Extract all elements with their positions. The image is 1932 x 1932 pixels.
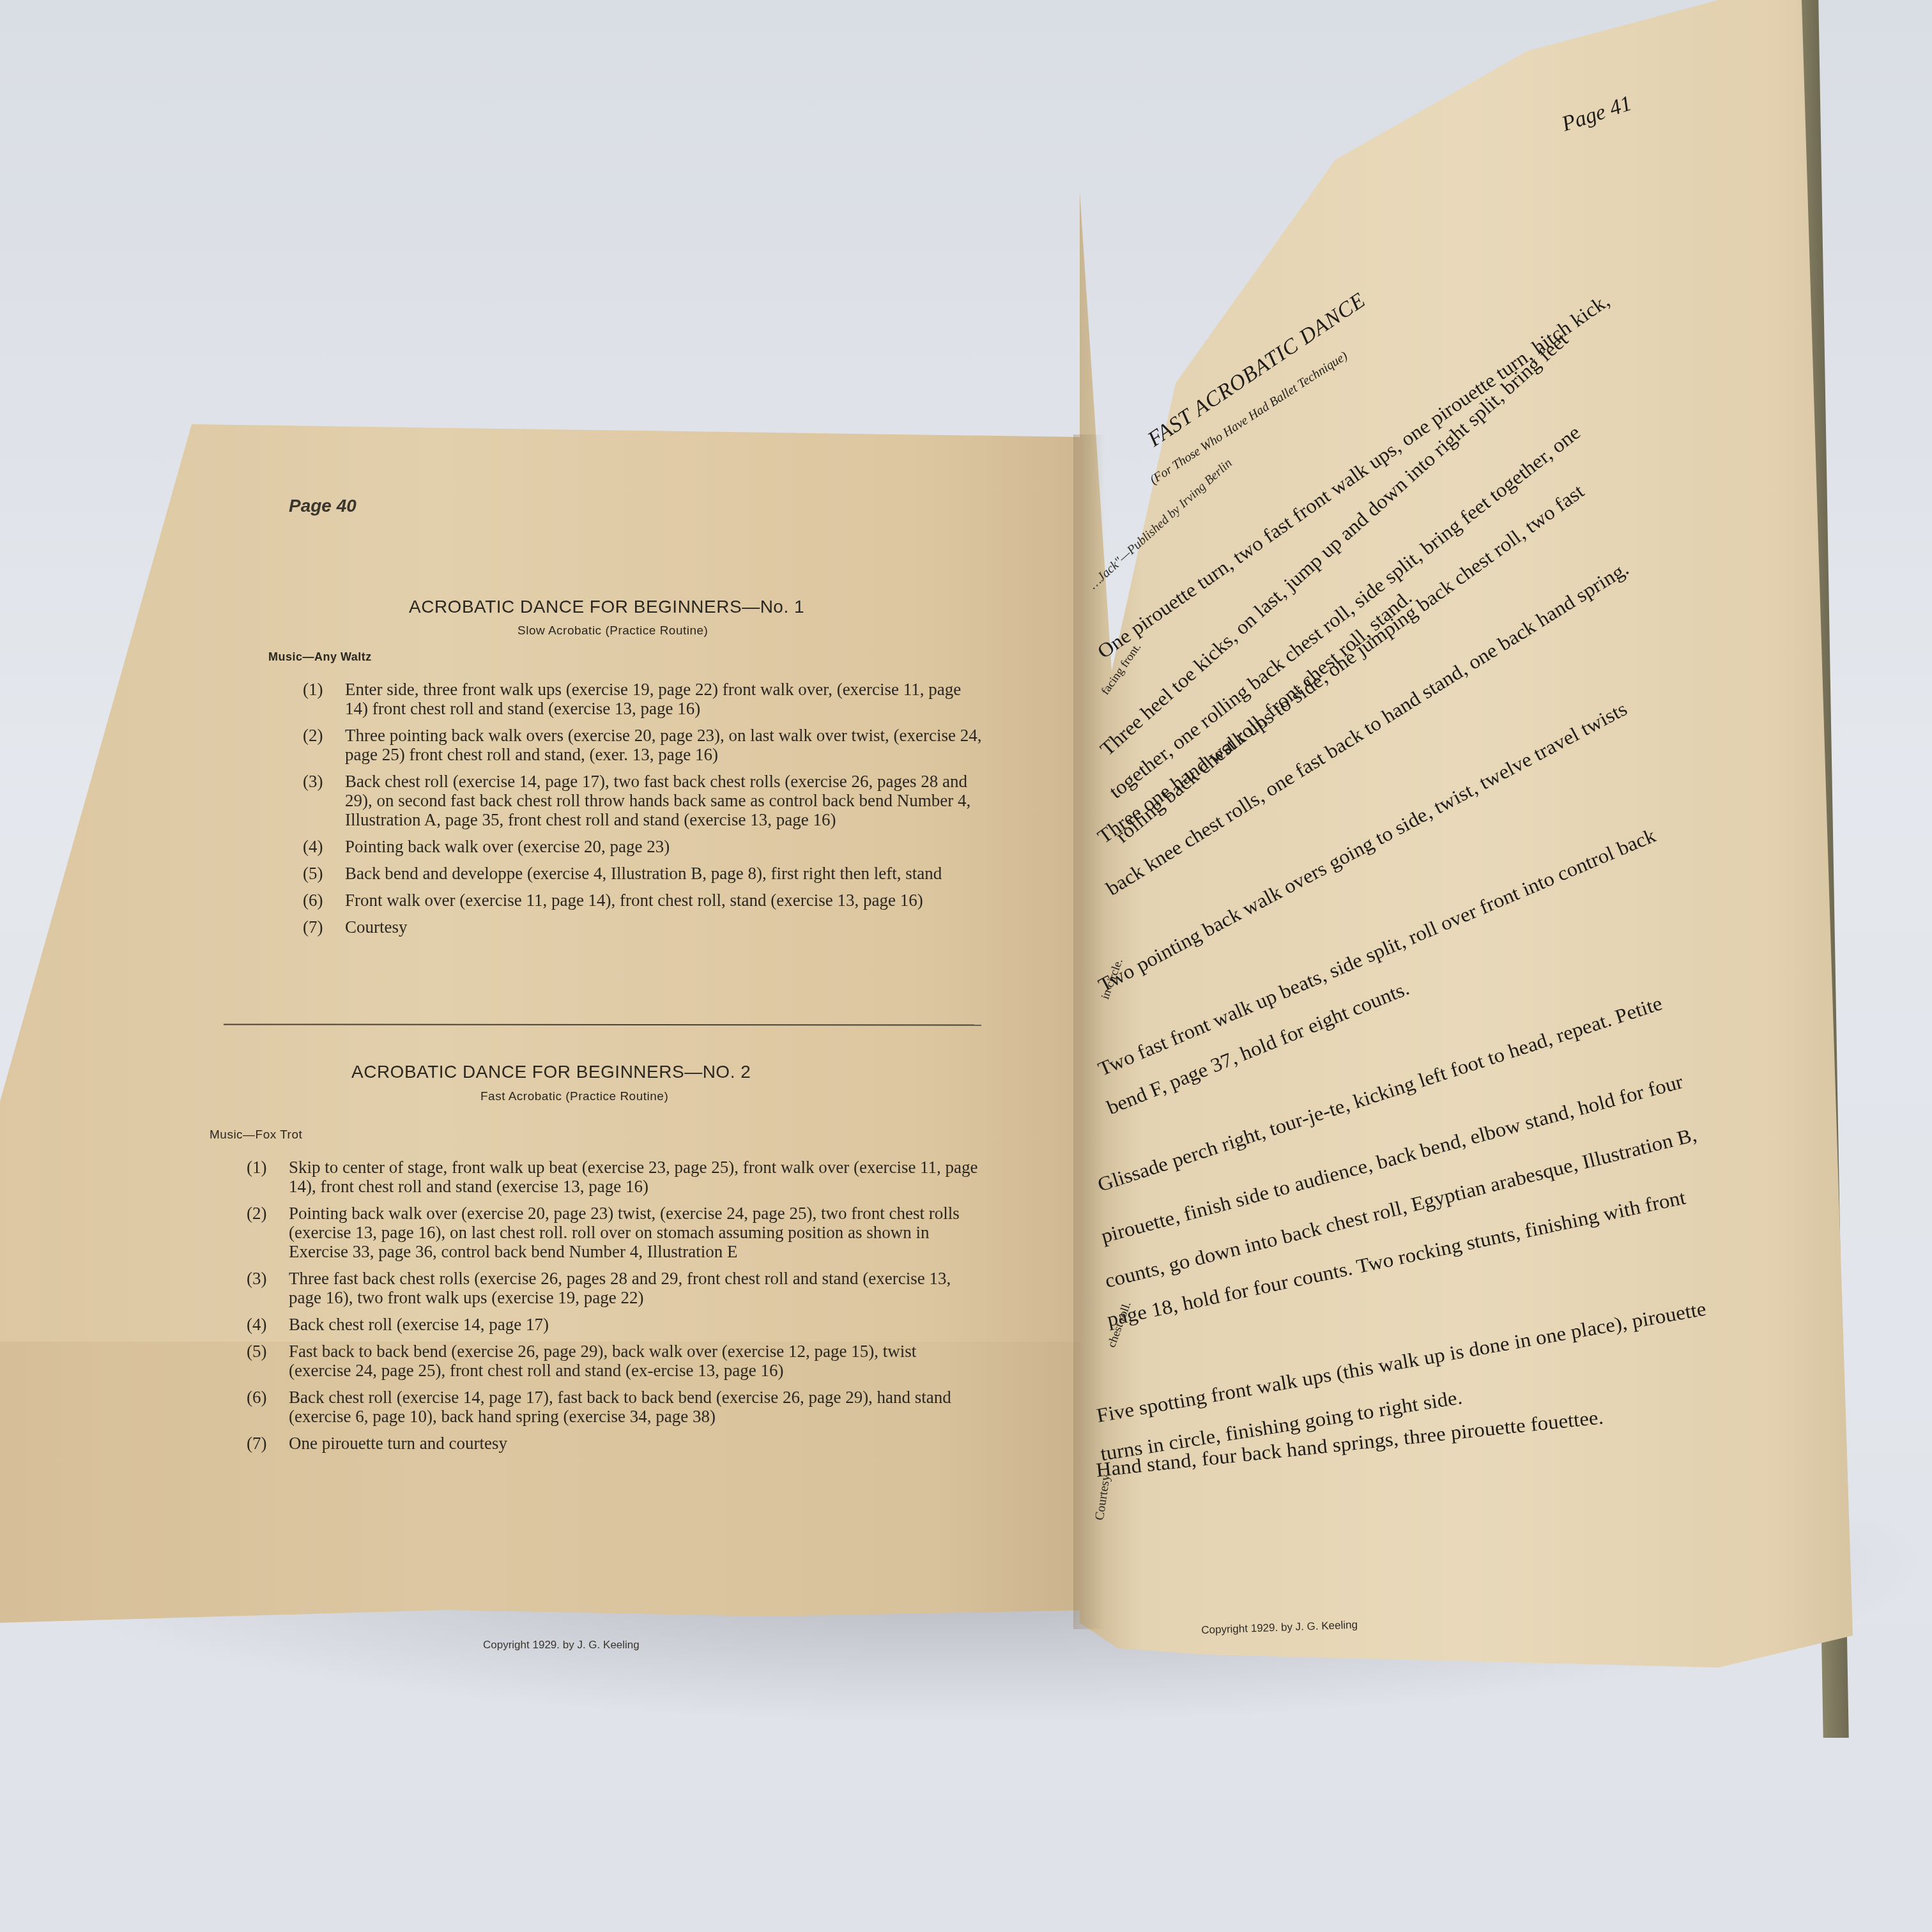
step-text: Three pointing back walk overs (exercise… — [345, 726, 981, 764]
step-number: (1) — [303, 680, 323, 699]
step-text: Skip to center of stage, front walk up b… — [289, 1158, 978, 1196]
step-item: (4)Pointing back walk over (exercise 20,… — [303, 837, 983, 856]
step-item: (4)Back chest roll (exercise 14, page 17… — [247, 1315, 983, 1334]
step-number: (7) — [247, 1434, 266, 1453]
routine-2-music: Music—Fox Trot — [210, 1128, 302, 1142]
step-item: (5)Fast back to back bend (exercise 26, … — [247, 1342, 983, 1380]
step-number: (2) — [247, 1204, 266, 1223]
step-item: (1)Enter side, three front walk ups (exe… — [303, 680, 983, 718]
routine-1-subtitle: Slow Acrobatic (Practice Routine) — [517, 624, 708, 638]
step-item: (7)One pirouette turn and courtesy — [247, 1434, 983, 1453]
step-item: (3)Back chest roll (exercise 14, page 17… — [303, 772, 983, 829]
routine-1-title: ACROBATIC DANCE FOR BEGINNERS—No. 1 — [409, 597, 804, 617]
step-text: Back bend and developpe (exercise 4, Ill… — [345, 864, 942, 883]
step-number: (4) — [303, 837, 323, 856]
step-text: Enter side, three front walk ups (exerci… — [345, 680, 961, 718]
step-item: (7)Courtesy — [303, 917, 983, 937]
step-text: Three fast back chest rolls (exercise 26… — [289, 1269, 951, 1307]
step-item: (5)Back bend and developpe (exercise 4, … — [303, 864, 983, 883]
step-text: Courtesy — [345, 917, 408, 937]
step-text: Front walk over (exercise 11, page 14), … — [345, 891, 923, 910]
step-item: (1)Skip to center of stage, front walk u… — [247, 1158, 983, 1196]
routine-2-subtitle: Fast Acrobatic (Practice Routine) — [480, 1090, 668, 1104]
step-item: (6)Back chest roll (exercise 14, page 17… — [247, 1388, 983, 1426]
step-text: Back chest roll (exercise 14, page 17), … — [289, 1388, 951, 1426]
routine-2-steps: (1)Skip to center of stage, front walk u… — [247, 1158, 983, 1460]
step-text: Back chest roll (exercise 14, page 17) — [289, 1315, 549, 1334]
step-item: (2)Three pointing back walk overs (exerc… — [303, 726, 983, 764]
step-item: (3)Three fast back chest rolls (exercise… — [247, 1269, 983, 1307]
step-number: (7) — [303, 917, 323, 937]
step-text: Pointing back walk over (exercise 20, pa… — [345, 837, 670, 856]
step-number: (5) — [247, 1342, 266, 1361]
step-item: (6)Front walk over (exercise 11, page 14… — [303, 891, 983, 910]
step-number: (2) — [303, 726, 323, 745]
step-number: (4) — [247, 1315, 266, 1334]
page-number-left: Page 40 — [289, 496, 356, 516]
step-number: (3) — [303, 772, 323, 791]
step-item: (2)Pointing back walk over (exercise 20,… — [247, 1204, 983, 1261]
routine-2-title: ACROBATIC DANCE FOR BEGINNERS—NO. 2 — [351, 1062, 751, 1082]
step-text: Fast back to back bend (exercise 26, pag… — [289, 1342, 916, 1380]
copyright-left: Copyright 1929. by J. G. Keeling — [483, 1639, 640, 1652]
step-number: (6) — [303, 891, 323, 910]
step-number: (5) — [303, 864, 323, 883]
routine-1-music: Music—Any Waltz — [268, 650, 372, 664]
routine-1-steps: (1)Enter side, three front walk ups (exe… — [303, 680, 983, 944]
step-text: One pirouette turn and courtesy — [289, 1434, 507, 1453]
step-number: (3) — [247, 1269, 266, 1288]
step-number: (1) — [247, 1158, 266, 1177]
step-text: Pointing back walk over (exercise 20, pa… — [289, 1204, 960, 1261]
step-text: Back chest roll (exercise 14, page 17), … — [345, 772, 970, 829]
step-number: (6) — [247, 1388, 266, 1407]
